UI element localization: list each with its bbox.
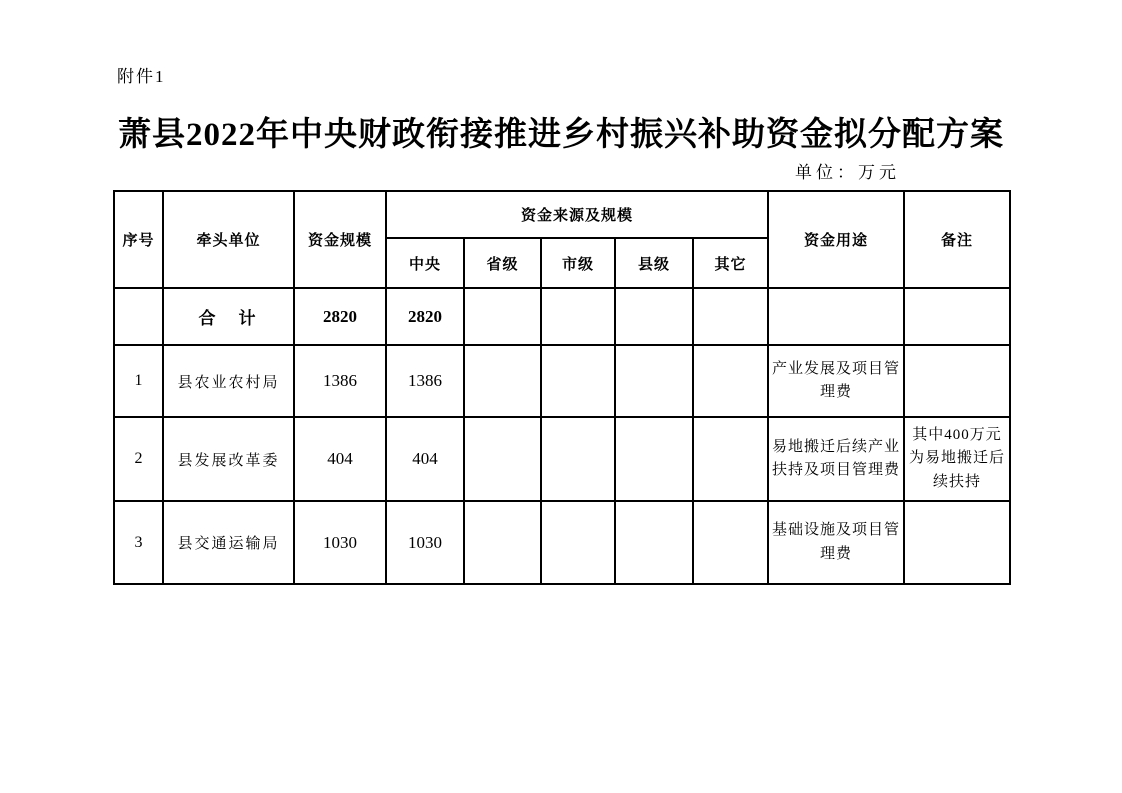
row-other bbox=[693, 501, 768, 584]
document-page: 附件1 萧县2022年中央财政衔接推进乡村振兴补助资金拟分配方案 单位：万元 序… bbox=[0, 0, 1122, 793]
row-central: 1030 bbox=[386, 501, 464, 584]
total-municipal bbox=[541, 288, 615, 345]
table-row: 2 县发展改革委 404 404 易地搬迁后续产业扶持及项目管理费 其中400万… bbox=[114, 417, 1010, 501]
header-fund-use: 资金用途 bbox=[768, 191, 904, 288]
total-remark bbox=[904, 288, 1010, 345]
row-fund-scale: 404 bbox=[294, 417, 386, 501]
header-source-municipal: 市级 bbox=[541, 238, 615, 288]
row-county bbox=[615, 501, 693, 584]
header-seq: 序号 bbox=[114, 191, 163, 288]
row-municipal bbox=[541, 417, 615, 501]
row-provincial bbox=[464, 345, 541, 417]
page-title: 萧县2022年中央财政衔接推进乡村振兴补助资金拟分配方案 bbox=[0, 108, 1122, 155]
total-seq bbox=[114, 288, 163, 345]
header-fund-source-group: 资金来源及规模 bbox=[386, 191, 768, 238]
total-provincial bbox=[464, 288, 541, 345]
header-fund-scale: 资金规模 bbox=[294, 191, 386, 288]
row-fund-scale: 1386 bbox=[294, 345, 386, 417]
row-central: 1386 bbox=[386, 345, 464, 417]
header-remark: 备注 bbox=[904, 191, 1010, 288]
row-county bbox=[615, 345, 693, 417]
row-remark bbox=[904, 501, 1010, 584]
total-county bbox=[615, 288, 693, 345]
row-seq: 3 bbox=[114, 501, 163, 584]
unit-note: 单位：万元 bbox=[795, 158, 900, 183]
header-row-top: 序号 牵头单位 资金规模 资金来源及规模 资金用途 备注 bbox=[114, 191, 1010, 238]
total-fund-use bbox=[768, 288, 904, 345]
row-municipal bbox=[541, 345, 615, 417]
table-row: 3 县交通运输局 1030 1030 基础设施及项目管理费 bbox=[114, 501, 1010, 584]
row-other bbox=[693, 417, 768, 501]
table-row: 1 县农业农村局 1386 1386 产业发展及项目管理费 bbox=[114, 345, 1010, 417]
row-municipal bbox=[541, 501, 615, 584]
row-remark bbox=[904, 345, 1010, 417]
row-provincial bbox=[464, 501, 541, 584]
row-fund-use: 基础设施及项目管理费 bbox=[768, 501, 904, 584]
total-row: 合 计 2820 2820 bbox=[114, 288, 1010, 345]
header-lead-unit: 牵头单位 bbox=[163, 191, 294, 288]
allocation-table: 序号 牵头单位 资金规模 资金来源及规模 资金用途 备注 中央 省级 市级 县级… bbox=[113, 190, 1011, 585]
total-central: 2820 bbox=[386, 288, 464, 345]
row-county bbox=[615, 417, 693, 501]
row-fund-use: 产业发展及项目管理费 bbox=[768, 345, 904, 417]
row-other bbox=[693, 345, 768, 417]
row-fund-scale: 1030 bbox=[294, 501, 386, 584]
header-source-other: 其它 bbox=[693, 238, 768, 288]
header-source-central: 中央 bbox=[386, 238, 464, 288]
header-source-county: 县级 bbox=[615, 238, 693, 288]
header-source-provincial: 省级 bbox=[464, 238, 541, 288]
total-label: 合 计 bbox=[163, 288, 294, 345]
total-other bbox=[693, 288, 768, 345]
row-lead-unit: 县发展改革委 bbox=[163, 417, 294, 501]
row-seq: 2 bbox=[114, 417, 163, 501]
row-central: 404 bbox=[386, 417, 464, 501]
row-provincial bbox=[464, 417, 541, 501]
attachment-label: 附件1 bbox=[117, 62, 166, 87]
row-seq: 1 bbox=[114, 345, 163, 417]
row-fund-use: 易地搬迁后续产业扶持及项目管理费 bbox=[768, 417, 904, 501]
row-lead-unit: 县农业农村局 bbox=[163, 345, 294, 417]
row-lead-unit: 县交通运输局 bbox=[163, 501, 294, 584]
row-remark: 其中400万元为易地搬迁后续扶持 bbox=[904, 417, 1010, 501]
total-fund-scale: 2820 bbox=[294, 288, 386, 345]
